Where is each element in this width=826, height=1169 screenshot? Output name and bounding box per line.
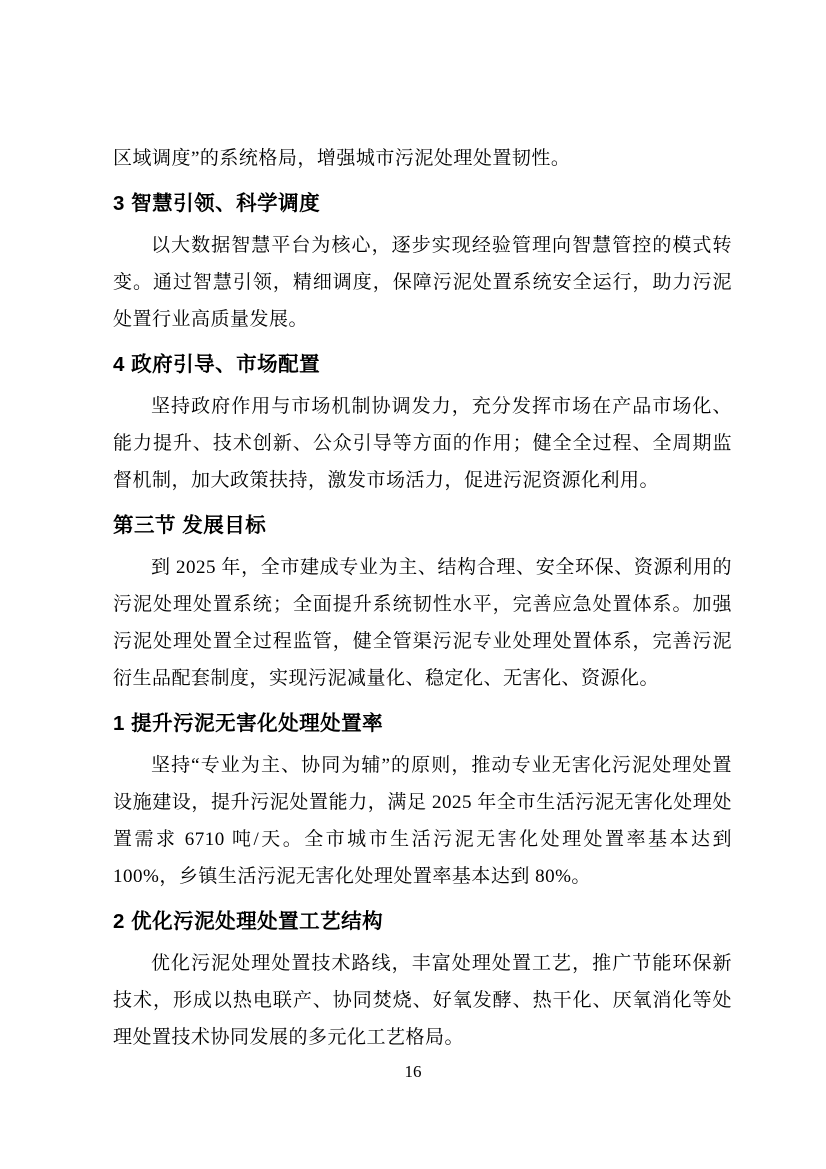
paragraph: 坚持“专业为主、协同为辅”的原则，推动专业无害化污泥处理处置设施建设，提升污泥处… <box>113 747 732 895</box>
section-heading-2: 2 优化污泥处理处置工艺结构 <box>113 907 732 937</box>
paragraph: 到 2025 年，全市建成专业为主、结构合理、安全环保、资源利用的污泥处理处置系… <box>113 549 732 697</box>
document-body: 区域调度”的系统格局，增强城市污泥处理处置韧性。 3 智慧引领、科学调度 以大数… <box>113 140 732 1058</box>
paragraph: 坚持政府作用与市场机制协调发力，充分发挥市场在产品市场化、能力提升、技术创新、公… <box>113 388 732 499</box>
chapter-heading-development-goals: 第三节 发展目标 <box>113 511 732 541</box>
paragraph: 以大数据智慧平台为核心，逐步实现经验管理向智慧管控的模式转变。通过智慧引领，精细… <box>113 227 732 338</box>
paragraph: 优化污泥处理处置技术路线，丰富处理处置工艺，推广节能环保新技术，形成以热电联产、… <box>113 945 732 1056</box>
section-heading-1: 1 提升污泥无害化处理处置率 <box>113 709 732 739</box>
document-page: 区域调度”的系统格局，增强城市污泥处理处置韧性。 3 智慧引领、科学调度 以大数… <box>0 0 826 1169</box>
page-number: 16 <box>0 1062 826 1082</box>
paragraph-continuation: 区域调度”的系统格局，增强城市污泥处理处置韧性。 <box>113 140 732 177</box>
section-heading-3: 3 智慧引领、科学调度 <box>113 189 732 219</box>
section-heading-4: 4 政府引导、市场配置 <box>113 350 732 380</box>
